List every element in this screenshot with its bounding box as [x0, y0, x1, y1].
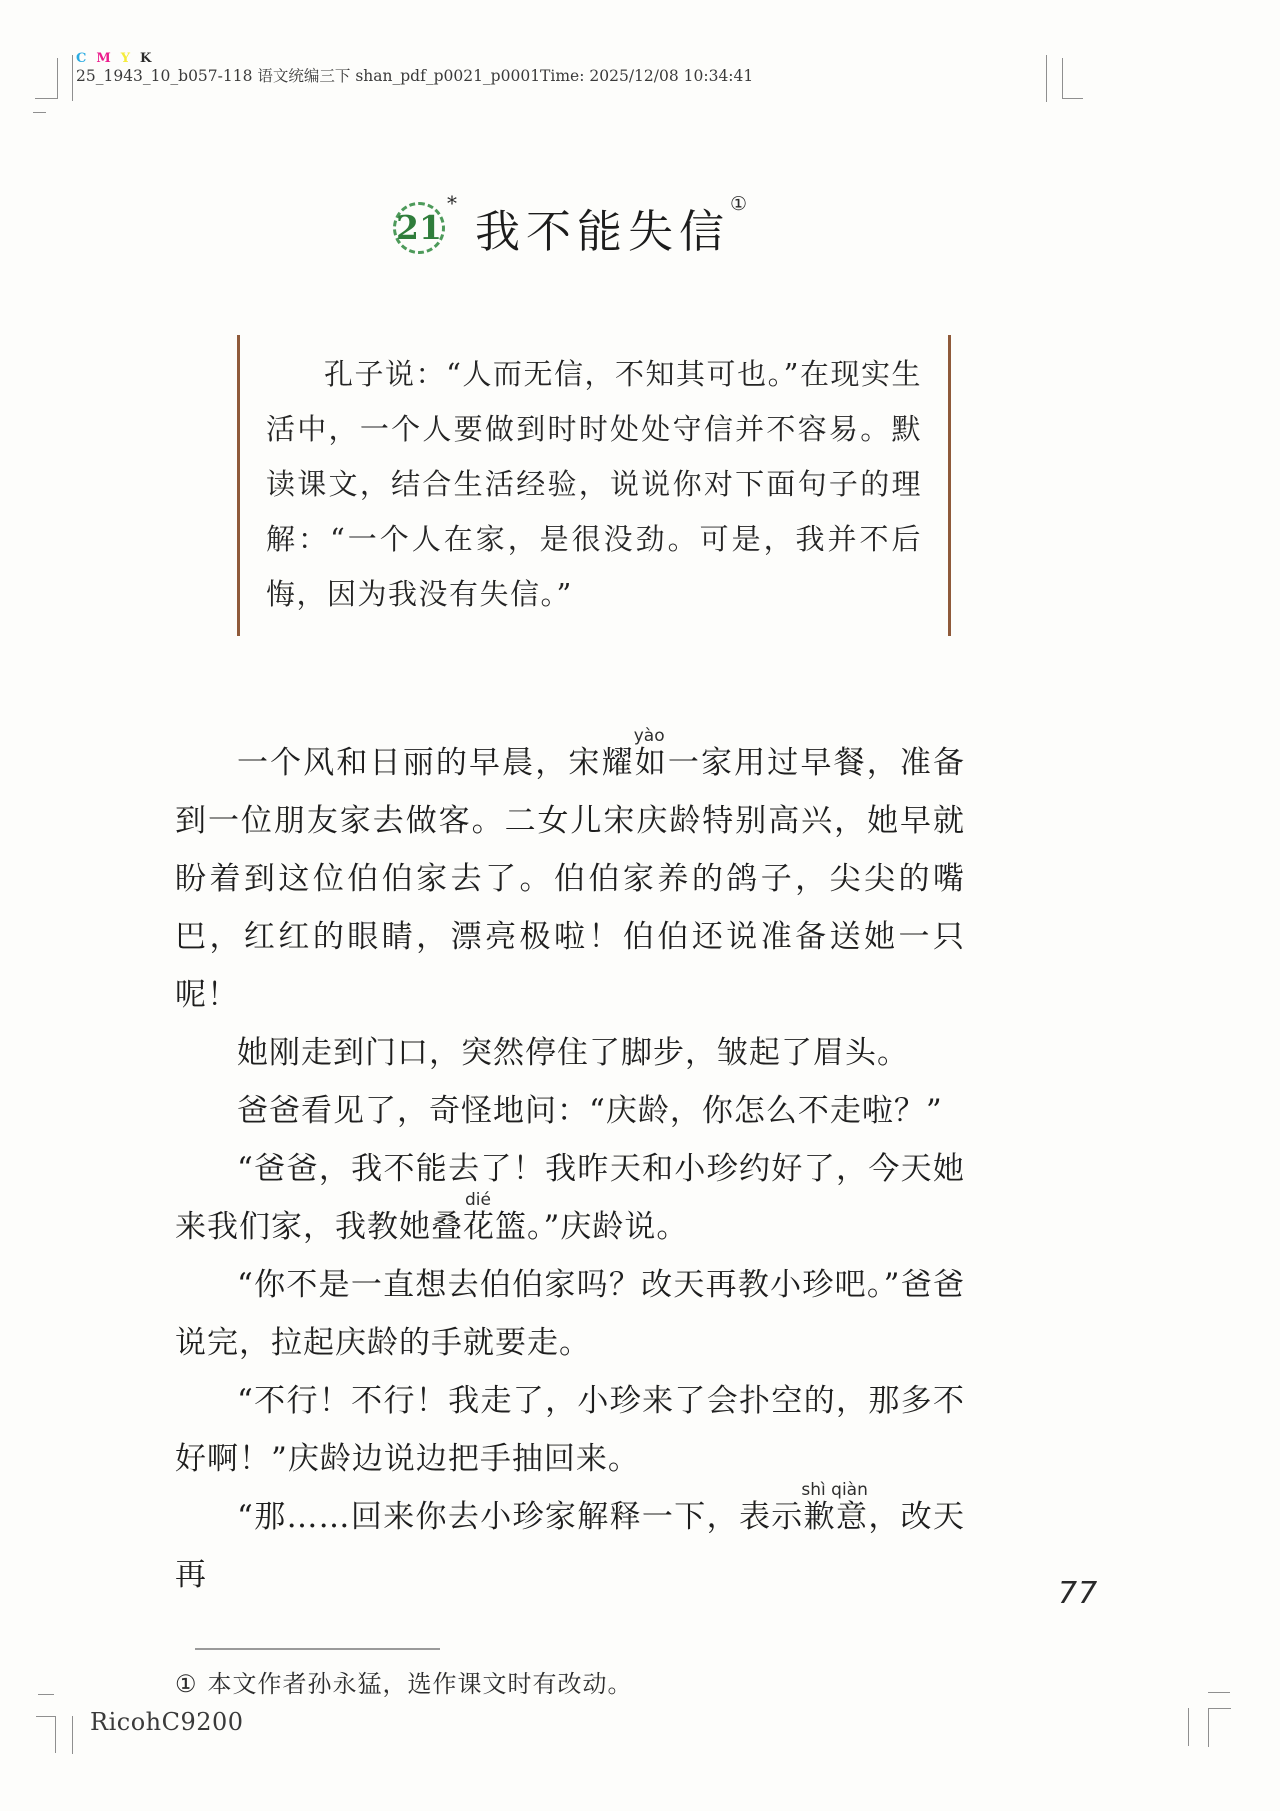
- body-paragraph: 她刚走到门口，突然停住了脚步，皱起了眉头。: [175, 1024, 965, 1082]
- pinyin-annotation: dié: [403, 1192, 491, 1209]
- body-paragraph: 爸爸看见了，奇怪地问：“庆龄，你怎么不走啦？”: [175, 1082, 965, 1140]
- cmyk-letter-m: M: [96, 51, 111, 66]
- body-paragraph: “不行！不行！我走了，小珍来了会扑空的，那多不好啊！”庆龄边说边把手抽回来。: [175, 1372, 965, 1488]
- crop-mark-bottom-left-line: [72, 1716, 73, 1754]
- body-paragraph: “你不是一直想去伯伯家吗？改天再教小珍吧。”爸爸说完，拉起庆龄的手就要走。: [175, 1256, 965, 1372]
- annotated-character: 示歉shì qiàn: [771, 1499, 836, 1535]
- intro-quote-box: 孔子说：“人而无信，不知其可也。”在现实生活中，一个人要做到时时处处守信并不容易…: [237, 335, 951, 636]
- print-header: CMYK 25_1943_10_b057-118 语文统编三下 shan_pdf…: [76, 52, 753, 85]
- page-title: 我不能失信: [475, 195, 730, 260]
- print-info-line: 25_1943_10_b057-118 语文统编三下 shan_pdf_p002…: [76, 67, 753, 85]
- footnote: ①本文作者孙永猛，选作课文时有改动。: [175, 1664, 965, 1699]
- body-paragraph: 一个风和日丽的早晨，宋耀yào如一家用过早餐，准备到一位朋友家去做客。二女儿宋庆…: [175, 734, 965, 1024]
- lesson-number-badge: 21: [393, 202, 445, 254]
- title-footnote-reference: ①: [730, 193, 747, 215]
- body-paragraph: “那……回来你去小珍家解释一下，表示歉shì qiàn意，改天再: [175, 1488, 965, 1604]
- printer-label: RicohC9200: [90, 1708, 244, 1736]
- footnote-divider: [195, 1648, 440, 1650]
- page-content: 21 * 我不能失信 ① 孔子说：“人而无信，不知其可也。”在现实生活中，一个人…: [175, 185, 965, 1699]
- page-number: 77: [1058, 1576, 1098, 1611]
- intro-quote-text: 孔子说：“人而无信，不知其可也。”在现实生活中，一个人要做到时时处处守信并不容易…: [266, 347, 922, 622]
- pinyin-annotation: yào: [572, 728, 665, 745]
- body-text: 一个风和日丽的早晨，宋耀yào如一家用过早餐，准备到一位朋友家去做客。二女儿宋庆…: [175, 734, 965, 1604]
- cmyk-letter-y: Y: [121, 51, 131, 66]
- crop-mark-top-left-line: [72, 55, 73, 101]
- crop-mark-bottom-left-dash: [38, 1694, 54, 1695]
- cmyk-color-bar: CMYK: [76, 52, 753, 66]
- textbook-page: CMYK 25_1943_10_b057-118 语文统编三下 shan_pdf…: [0, 0, 1280, 1811]
- footnote-text: 本文作者孙永猛，选作课文时有改动。: [208, 1670, 633, 1698]
- crop-mark-top-left-dash: [33, 112, 46, 113]
- cmyk-letter-k: K: [140, 51, 152, 66]
- footnote-area: ①本文作者孙永猛，选作课文时有改动。: [175, 1648, 965, 1699]
- lesson-title-row: 21 * 我不能失信 ①: [175, 195, 965, 260]
- crop-mark-top-left-corner: [35, 58, 58, 99]
- crop-mark-top-right-line: [1046, 55, 1047, 102]
- annotated-character: 叠dié: [431, 1209, 463, 1245]
- body-paragraph: “爸爸，我不能去了！我昨天和小珍约好了，今天她来我们家，我教她叠dié花篮。”庆…: [175, 1140, 965, 1256]
- crop-mark-bottom-right-line: [1188, 1708, 1189, 1746]
- crop-mark-bottom-left-corner: [36, 1716, 56, 1753]
- annotated-character: 耀yào: [602, 745, 635, 781]
- pinyin-annotation: shì qiàn: [739, 1482, 867, 1499]
- crop-mark-bottom-right-corner: [1208, 1708, 1231, 1747]
- crop-mark-top-right-corner: [1062, 58, 1083, 99]
- lesson-number: 21: [396, 208, 442, 247]
- footnote-marker: ①: [175, 1670, 198, 1698]
- lesson-asterisk: *: [447, 191, 457, 215]
- crop-mark-bottom-right-dash: [1208, 1692, 1230, 1693]
- cmyk-letter-c: C: [76, 51, 87, 66]
